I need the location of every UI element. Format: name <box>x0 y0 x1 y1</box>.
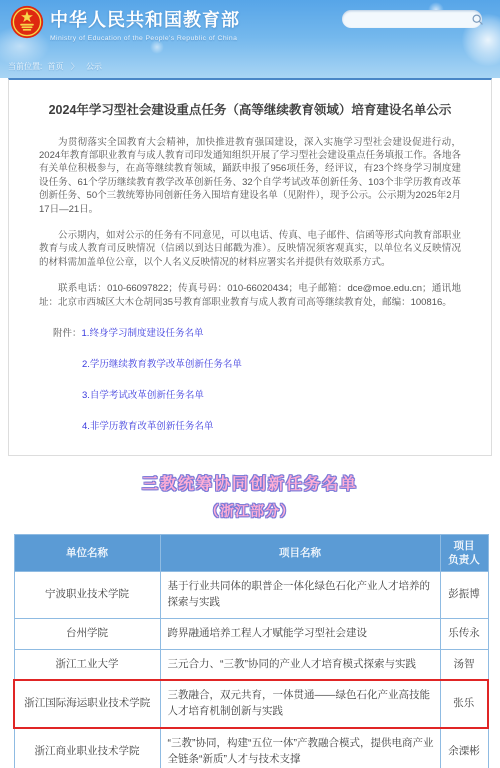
paragraph-intro: 为贯彻落实全国教育大会精神，加快推进教育强国建设，深入实施学习型社会建设促进行动… <box>39 136 461 216</box>
table-header-row: 单位名称 项目名称 项目 负责人 <box>14 534 488 571</box>
attachment-row: 3.自学考试改革创新任务名单 <box>39 389 461 402</box>
national-emblem-icon <box>10 5 44 39</box>
announcement-card: 2024年学习型社会建设重点任务（高等继续教育领域）培育建设名单公示 为贯彻落实… <box>8 78 492 456</box>
section-title: 三教统筹协同创新任务名单 （浙江部分） <box>0 471 500 521</box>
attachment-row: 2.学历继续教育教学改革创新任务名单 <box>39 358 461 371</box>
cell-leader: 彭振博 <box>440 572 488 619</box>
header-top: 中华人民共和国教育部 Ministry of Education of the … <box>0 0 500 54</box>
task-table: 单位名称 项目名称 项目 负责人 宁波职业技术学院 基于行业共同体的职普企一体化… <box>13 534 489 768</box>
column-header-leader: 项目 负责人 <box>440 534 488 571</box>
site-header: 中华人民共和国教育部 Ministry of Education of the … <box>0 0 500 78</box>
breadcrumb-prefix: 当前位置: <box>8 62 42 71</box>
paragraph-contact: 联系电话：010-66097822；传真号码：010-66020434；电子邮箱… <box>39 282 461 309</box>
site-title: 中华人民共和国教育部 <box>50 6 240 32</box>
cell-leader: 乐传永 <box>440 618 488 649</box>
cell-project: 基于行业共同体的职普企一体化绿色石化产业人才培养的探索与实践 <box>160 572 440 619</box>
table-row-highlighted: 浙江国际海运职业技术学院 三教融合，双元共育，一体贯通——绿色石化产业高技能人才… <box>14 680 488 728</box>
cell-leader: 张乐 <box>440 680 488 728</box>
search-input[interactable] <box>350 11 471 27</box>
attachments-label: 附件： <box>53 328 82 339</box>
cell-project: “三教”协同，构建“五位一体”产教融合模式，提供电商产业全链条“新质”人才与技术… <box>160 728 440 768</box>
breadcrumb: 当前位置: 首页 〉 公示 <box>8 61 105 72</box>
cell-unit: 浙江工业大学 <box>14 649 160 680</box>
column-header-unit: 单位名称 <box>14 534 160 571</box>
table-row: 台州学院 跨界融通培养工程人才赋能学习型社会建设 乐传永 <box>14 618 488 649</box>
breadcrumb-current[interactable]: 公示 <box>86 62 102 71</box>
page: 中华人民共和国教育部 Ministry of Education of the … <box>0 0 500 768</box>
attachment-row: 4.非学历教育改革创新任务名单 <box>39 420 461 433</box>
cell-unit: 浙江国际海运职业技术学院 <box>14 680 160 728</box>
search-box[interactable] <box>342 10 482 28</box>
site-subtitle: Ministry of Education of the People's Re… <box>50 35 240 42</box>
attachment-link-1[interactable]: 1.终身学习制度建设任务名单 <box>82 328 204 339</box>
breadcrumb-separator-icon: 〉 <box>71 62 79 71</box>
table-row: 浙江商业职业技术学院 “三教”协同，构建“五位一体”产教融合模式，提供电商产业全… <box>14 728 488 768</box>
attachment-link-3[interactable]: 3.自学考试改革创新任务名单 <box>82 390 204 401</box>
table-row: 宁波职业技术学院 基于行业共同体的职普企一体化绿色石化产业人才培养的探索与实践 … <box>14 572 488 619</box>
page-title: 2024年学习型社会建设重点任务（高等继续教育领域）培育建设名单公示 <box>39 102 461 120</box>
search-icon[interactable] <box>471 11 484 27</box>
section-title-line1: 三教统筹协同创新任务名单 <box>0 471 500 494</box>
cell-unit: 台州学院 <box>14 618 160 649</box>
attachment-link-2[interactable]: 2.学历继续教育教学改革创新任务名单 <box>82 359 242 370</box>
breadcrumb-home[interactable]: 首页 <box>47 62 63 71</box>
attachments-list: 附件：1.终身学习制度建设任务名单 2.学历继续教育教学改革创新任务名单 3.自… <box>39 327 461 433</box>
attachment-link-4[interactable]: 4.非学历教育改革创新任务名单 <box>82 421 213 432</box>
cell-project: 跨界融通培养工程人才赋能学习型社会建设 <box>160 618 440 649</box>
column-header-project: 项目名称 <box>160 534 440 571</box>
section-title-line2: （浙江部分） <box>0 501 500 521</box>
cell-project: 三元合力、“三教”协同的产业人才培育模式探索与实践 <box>160 649 440 680</box>
attachment-row: 附件：1.终身学习制度建设任务名单 <box>39 327 461 340</box>
cell-unit: 浙江商业职业技术学院 <box>14 728 160 768</box>
table-row: 浙江工业大学 三元合力、“三教”协同的产业人才培育模式探索与实践 汤智 <box>14 649 488 680</box>
paragraph-feedback: 公示期内，如对公示的任务有不同意见，可以电话、传真、电子邮件、信函等形式向教育部… <box>39 229 461 269</box>
site-titles: 中华人民共和国教育部 Ministry of Education of the … <box>50 6 240 42</box>
cell-project: 三教融合，双元共育，一体贯通——绿色石化产业高技能人才培育机制创新与实践 <box>160 680 440 728</box>
cell-leader: 余溧彬 <box>440 728 488 768</box>
cell-unit: 宁波职业技术学院 <box>14 572 160 619</box>
cell-leader: 汤智 <box>440 649 488 680</box>
